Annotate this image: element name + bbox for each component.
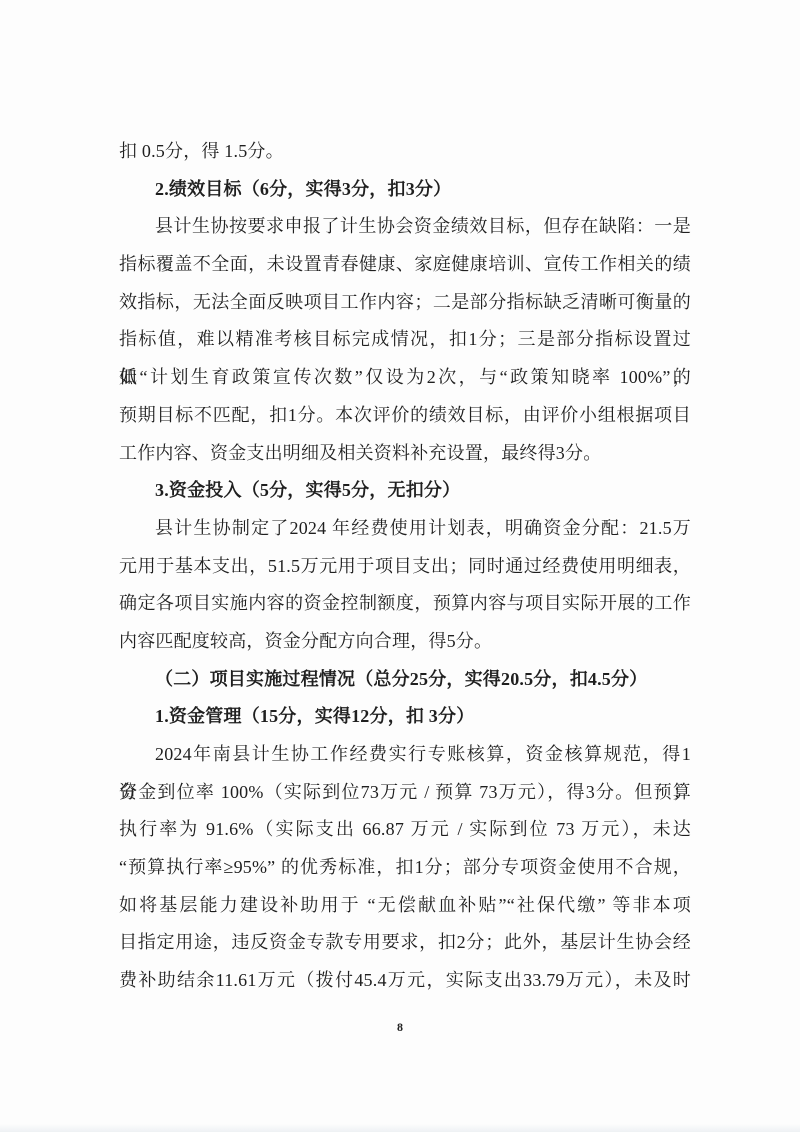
text-line: 2024年南县计生协工作经费实行专账核算，资金核算规范，得1分； xyxy=(119,736,691,774)
text-line: 执行率为 91.6%（实际支出 66.87 万元 / 实际到位 73 万元），未… xyxy=(119,811,691,849)
text-line: 指标覆盖不全面，未设置青春健康、家庭健康培训、宣传工作相关的绩 xyxy=(119,246,691,284)
text-line: 如将基层能力建设补助用于 “无偿献血补贴”“社保代缴” 等非本项 xyxy=(119,887,691,925)
text-line: 工作内容、资金支出明细及相关资料补充设置，最终得3分。 xyxy=(119,435,691,473)
text-line: 如“计划生育政策宣传次数”仅设为2次，与“政策知晓率 100%”的 xyxy=(119,359,691,397)
text-line: 县计生协制定了2024 年经费使用计划表，明确资金分配：21.5万 xyxy=(119,510,691,548)
text-line: 费补助结余11.61万元（拨付45.4万元，实际支出33.79万元），未及时 xyxy=(119,962,691,1000)
section-heading: 2.绩效目标（6分，实得3分，扣3分） xyxy=(119,171,691,209)
page-number: 8 xyxy=(0,1020,800,1035)
page-body: 扣 0.5分，得 1.5分。2.绩效目标（6分，实得3分，扣3分）县计生协按要求… xyxy=(119,133,691,1000)
text-line: “预算执行率≥95%” 的优秀标准，扣1分；部分专项资金使用不合规， xyxy=(119,849,691,887)
document-page: 扣 0.5分，得 1.5分。2.绩效目标（6分，实得3分，扣3分）县计生协按要求… xyxy=(0,0,800,1132)
text-line: 资金到位率 100%（实际到位73万元 / 预算 73万元），得3分。但预算 xyxy=(119,774,691,812)
text-line: 扣 0.5分，得 1.5分。 xyxy=(119,133,691,171)
text-line: 效指标，无法全面反映项目工作内容；二是部分指标缺乏清晰可衡量的 xyxy=(119,284,691,322)
text-line: 县计生协按要求申报了计生协会资金绩效目标，但存在缺陷：一是 xyxy=(119,208,691,246)
text-line: 确定各项目实施内容的资金控制额度，预算内容与项目实际开展的工作 xyxy=(119,585,691,623)
text-line: 目指定用途，违反资金专款专用要求，扣2分；此外，基层计生协会经 xyxy=(119,924,691,962)
section-heading: 3.资金投入（5分，实得5分，无扣分） xyxy=(119,472,691,510)
section-heading: （二）项目实施过程情况（总分25分，实得20.5分，扣4.5分） xyxy=(119,661,691,699)
text-line: 元用于基本支出，51.5万元用于项目支出；同时通过经费使用明细表， xyxy=(119,548,691,586)
text-line: 内容匹配度较高，资金分配方向合理，得5分。 xyxy=(119,623,691,661)
section-heading: 1.资金管理（15分，实得12分，扣 3分） xyxy=(119,698,691,736)
text-line: 指标值，难以精准考核目标完成情况，扣1分；三是部分指标设置过低， xyxy=(119,321,691,359)
text-line: 预期目标不匹配，扣1分。本次评价的绩效目标，由评价小组根据项目 xyxy=(119,397,691,435)
scan-edge-artifact xyxy=(0,1124,800,1132)
